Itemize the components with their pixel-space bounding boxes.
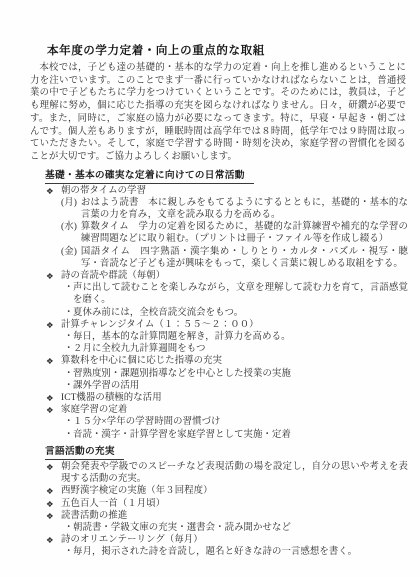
diamond-bullet-icon: ❖ bbox=[46, 534, 61, 546]
list-item-text: おはよう読書 本に親しみをもてるようにするとともに，基礎的・基本的な言葉の力を育… bbox=[81, 197, 408, 221]
list-item: ❖詩の音読や群読（毎朝） bbox=[30, 270, 408, 282]
list-item: ・夏休み前には，全校音読交流会をもつ。 bbox=[30, 307, 408, 319]
list-item-text: 家庭学習の定着 bbox=[61, 404, 408, 416]
diamond-bullet-icon: ❖ bbox=[46, 510, 61, 522]
dot-bullet-icon: ・ bbox=[64, 380, 73, 392]
weekday-label: (月) bbox=[61, 197, 77, 209]
list-item: ・毎日，基本的な計算問題を解き，計算力を高める。 bbox=[30, 331, 408, 343]
weekday-label: (水) bbox=[61, 221, 77, 233]
scanned-document-page: 本年度の学力定着・向上の重点的な取組 本校では，子ども達の基礎的・基本的な学力の… bbox=[0, 0, 420, 577]
list-item: ・毎月，掲示された詩を音読し，題名と好きな詩の一言感想を書く。 bbox=[30, 546, 408, 558]
list-item-text: 五色百人一首（１月頃） bbox=[61, 498, 408, 510]
diamond-bullet-icon: ❖ bbox=[46, 498, 61, 510]
list-item-text: 課外学習の活用 bbox=[73, 380, 408, 392]
list-item: (水)算数タイム 学力の定着を図るために，基礎的な計算練習や補充的な学習の練習問… bbox=[30, 221, 408, 245]
list-item-text: 音読・漢字・計算学習を家庭学習として実施・定着 bbox=[73, 429, 408, 441]
dot-bullet-icon: ・ bbox=[64, 307, 73, 319]
dot-bullet-icon: ・ bbox=[64, 416, 73, 428]
list-item-text: 読書活動の推進 bbox=[61, 510, 408, 522]
section-heading-row: 基礎・基本の確実な定着に向けての日常活動 bbox=[45, 170, 420, 184]
list-item-text: 算数タイム 学力の定着を図るために，基礎的な計算練習や補充的な学習の練習問題など… bbox=[81, 221, 408, 245]
weekday-label: (金) bbox=[61, 246, 77, 258]
list-item: ・課外学習の活用 bbox=[30, 380, 408, 392]
dot-bullet-icon: ・ bbox=[64, 343, 73, 355]
list-item-text: 計算チャレンジタイム（１：５５～２：００） bbox=[61, 319, 408, 331]
list-item: ❖ICT機器の積極的な活用 bbox=[30, 392, 408, 404]
dot-bullet-icon: ・ bbox=[64, 429, 73, 441]
diamond-bullet-icon: ❖ bbox=[46, 270, 61, 282]
list-item: ❖読書活動の推進 bbox=[30, 510, 408, 522]
dot-bullet-icon: ・ bbox=[64, 331, 73, 343]
list-item-text: 声に出して読むことを楽しみながら，文章を理解して読む力を育て，言語感覚を磨く。 bbox=[73, 282, 408, 306]
diamond-bullet-icon: ❖ bbox=[46, 185, 61, 197]
diamond-bullet-icon: ❖ bbox=[46, 319, 61, 331]
list-item-text: 朝会発表や学級でのスピーチなど表現活動の場を設定し，自分の思いや考えを表現する活… bbox=[61, 461, 408, 485]
diamond-bullet-icon: ❖ bbox=[46, 355, 61, 367]
list-item-text: ２月に全校九九計算週間をもつ bbox=[73, 343, 408, 355]
section-daily-activities: 基礎・基本の確実な定着に向けての日常活動 ❖朝の帯タイムの学習(月)おはよう読書… bbox=[0, 170, 420, 441]
section-heading: 言語活動の充実 bbox=[45, 446, 124, 460]
intro-paragraph: 本校では，子ども達の基礎的・基本的な学力の定着・向上を推し進めるということに力を… bbox=[30, 62, 406, 164]
list-item-text: 西野漢字検定の実施（年３回程度） bbox=[61, 485, 408, 497]
list-item-text: 習熟度別・課題別指導などを中心とした授業の実施 bbox=[73, 368, 408, 380]
dot-bullet-icon: ・ bbox=[64, 522, 73, 534]
section-item-list: ❖朝会発表や学級でのスピーチなど表現活動の場を設定し，自分の思いや考えを表現する… bbox=[30, 461, 408, 559]
diamond-bullet-icon: ❖ bbox=[46, 461, 61, 473]
list-item: ・２月に全校九九計算週間をもつ bbox=[30, 343, 408, 355]
list-item-text: 算数科を中心に個に応じた指導の充実 bbox=[61, 355, 408, 367]
section-item-list: ❖朝の帯タイムの学習(月)おはよう読書 本に親しみをもてるようにするとともに，基… bbox=[30, 185, 408, 441]
list-item: ❖五色百人一首（１月頃） bbox=[30, 498, 408, 510]
list-item-text: 朝の帯タイムの学習 bbox=[61, 185, 408, 197]
section-heading-row: 言語活動の充実 bbox=[45, 446, 420, 460]
list-item: ・朝読書・学級文庫の充実・選書会・読み聞かせなど bbox=[30, 522, 408, 534]
list-item: ・習熟度別・課題別指導などを中心とした授業の実施 bbox=[30, 368, 408, 380]
list-item-text: ICT機器の積極的な活用 bbox=[61, 392, 408, 404]
diamond-bullet-icon: ❖ bbox=[46, 404, 61, 416]
list-item-text: 毎日，基本的な計算問題を解き，計算力を高める。 bbox=[73, 331, 408, 343]
list-item-text: 詩の音読や群読（毎朝） bbox=[61, 270, 408, 282]
list-item: ❖計算チャレンジタイム（１：５５～２：００） bbox=[30, 319, 408, 331]
list-item-text: 毎月，掲示された詩を音読し，題名と好きな詩の一言感想を書く。 bbox=[73, 546, 408, 558]
diamond-bullet-icon: ❖ bbox=[46, 392, 61, 404]
list-item: (金)国語タイム 四字熟語・漢字集め・しりとり・カルタ・パズル・視写・聴写・音読… bbox=[30, 246, 408, 270]
diamond-bullet-icon: ❖ bbox=[46, 485, 61, 497]
section-language-activities: 言語活動の充実 ❖朝会発表や学級でのスピーチなど表現活動の場を設定し，自分の思い… bbox=[0, 446, 420, 559]
list-item: ・声に出して読むことを楽しみながら，文章を理解して読む力を育て，言語感覚を磨く。 bbox=[30, 282, 408, 306]
list-item: ・１５分×学年の学習時間の習慣づけ bbox=[30, 416, 408, 428]
list-item: ❖西野漢字検定の実施（年３回程度） bbox=[30, 485, 408, 497]
list-item-text: 朝読書・学級文庫の充実・選書会・読み聞かせなど bbox=[73, 522, 408, 534]
list-item: ❖朝の帯タイムの学習 bbox=[30, 185, 408, 197]
dot-bullet-icon: ・ bbox=[64, 546, 73, 558]
list-item-text: 夏休み前には，全校音読交流会をもつ。 bbox=[73, 307, 408, 319]
dot-bullet-icon: ・ bbox=[64, 282, 73, 294]
list-item-text: 詩のオリエンテーリング（毎月） bbox=[61, 534, 408, 546]
list-item: ❖詩のオリエンテーリング（毎月） bbox=[30, 534, 408, 546]
list-item: ❖算数科を中心に個に応じた指導の充実 bbox=[30, 355, 408, 367]
document-title: 本年度の学力定着・向上の重点的な取組 bbox=[47, 44, 406, 58]
list-item-text: １５分×学年の学習時間の習慣づけ bbox=[73, 416, 408, 428]
list-item: (月)おはよう読書 本に親しみをもてるようにするとともに，基礎的・基本的な言葉の… bbox=[30, 197, 408, 221]
section-heading: 基礎・基本の確実な定着に向けての日常活動 bbox=[45, 170, 254, 184]
list-item: ・音読・漢字・計算学習を家庭学習として実施・定着 bbox=[30, 429, 408, 441]
list-item: ❖家庭学習の定着 bbox=[30, 404, 408, 416]
list-item-text: 国語タイム 四字熟語・漢字集め・しりとり・カルタ・パズル・視写・聴写・音読など子… bbox=[81, 246, 408, 270]
list-item: ❖朝会発表や学級でのスピーチなど表現活動の場を設定し，自分の思いや考えを表現する… bbox=[30, 461, 408, 485]
dot-bullet-icon: ・ bbox=[64, 368, 73, 380]
